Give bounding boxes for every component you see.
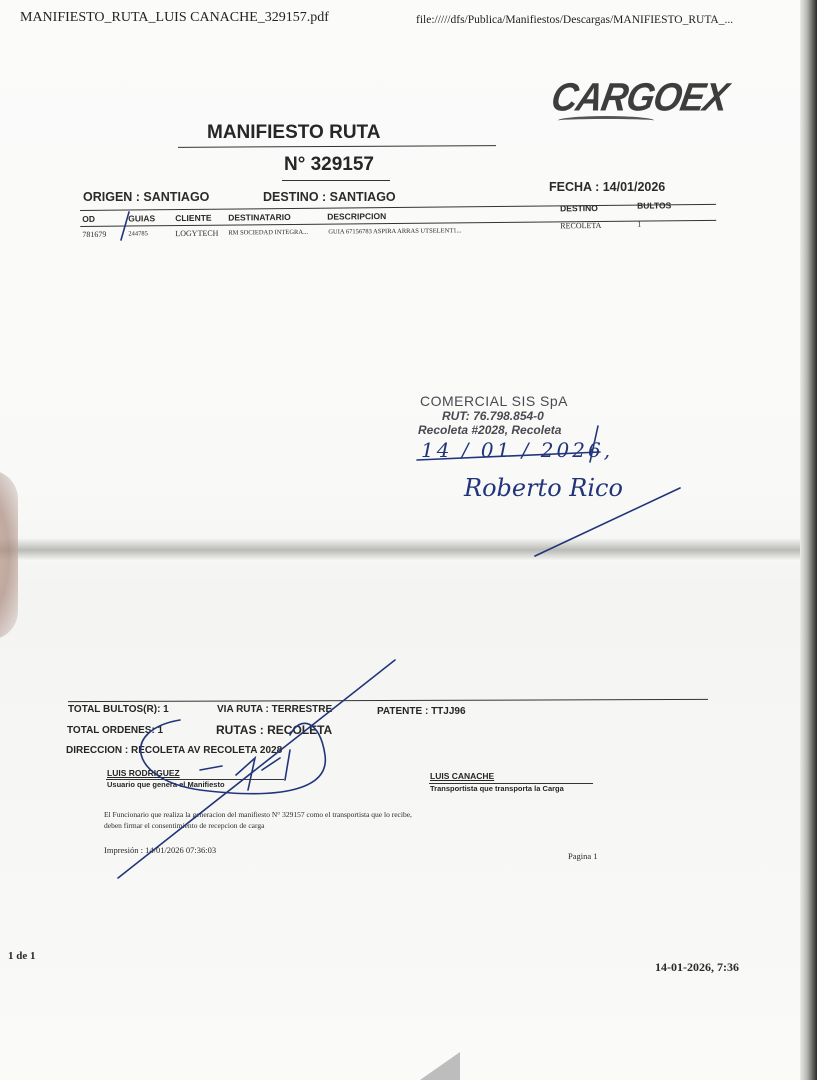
document-title: MANIFIESTO RUTA [207,122,380,144]
cell-destino: RECOLETA [560,221,601,230]
patente: PATENTE : TTJJ96 [377,706,466,717]
col-header-destinatario: DESTINATARIO [228,212,291,223]
paper-fold [0,538,800,560]
handwritten-date: 14 / 01 / 2026, [421,438,613,462]
legal-notice: El Funcionario que realiza la generacion… [104,809,412,831]
cell-od: 781679 [82,230,106,239]
cell-guias: 244785 [128,230,148,237]
print-footer-datetime: 14-01-2026, 7:36 [655,960,739,975]
cell-descripcion: GUIA 67156783 ASPIRA ARRAS UTSELENT1... [328,227,461,235]
print-header-file-name: MANIFIESTO_RUTA_LUIS CANACHE_329157.pdf [20,10,329,26]
col-header-bultos: BULTOS [637,200,671,210]
table-top-rule [80,204,716,211]
signer-right-role: Transportista que transporta la Carga [430,784,564,793]
stamp-address: Recoleta #2028, Recoleta [418,423,568,437]
cargoex-logo: CARGOEX [548,74,731,120]
holding-finger [0,470,18,640]
print-footer-page-count: 1 de 1 [8,950,36,962]
stamp-rut: RUT: 76.798.854-0 [442,409,568,423]
cell-destinatario: RM SOCIEDAD INTEGRA... [228,229,308,237]
manifest-number: N° 329157 [284,154,374,176]
page-label: Pagina 1 [568,851,598,861]
total-ordenes: TOTAL ORDENES: 1 [67,725,163,736]
col-header-descripcion: DESCRIPCION [327,211,386,222]
rutas: RUTAS : RECOLETA [216,723,332,737]
cell-bultos: 1 [637,220,641,229]
col-header-guias: GUIAS [128,213,155,223]
print-timestamp: Impresión : 14/01/2026 07:36:03 [104,845,216,855]
handwritten-signature: Roberto Rico [464,474,623,502]
number-underline [282,180,390,181]
via-ruta: VIA RUTA : TERRESTRE [217,704,332,715]
cell-cliente: LOGYTECH [175,229,218,238]
legal-line-1: El Funcionario que realiza la generacion… [104,809,412,820]
direccion: DIRECCION : RECOLETA AV RECOLETA 2028 [66,745,282,756]
col-header-destino: DESTINO [560,203,598,213]
page-corner-shadow [420,1052,460,1080]
logo-swoosh-icon [558,116,654,125]
paper-edge-shadow [800,0,817,1080]
total-bultos: TOTAL BULTOS(R): 1 [68,704,169,715]
manifest-table: OD GUIAS CLIENTE DESTINATARIO DESCRIPCIO… [80,194,720,244]
col-header-cliente: CLIENTE [175,213,211,223]
date-field: FECHA : 14/01/2026 [549,180,665,194]
col-header-od: OD [82,214,95,224]
print-header-file-url: file://///dfs/Publica/Manifiestos/Descar… [416,14,733,26]
signer-left-role: Usuario que genera el Manifiesto [107,780,225,789]
reception-stamp: COMERCIAL SIS SpA RUT: 76.798.854-0 Reco… [420,393,568,437]
legal-line-2: deben firmar el consentimiento de recepc… [104,820,412,831]
stamp-company: COMERCIAL SIS SpA [420,393,568,409]
signer-left-name: LUIS RODRIGUEZ [107,768,180,778]
signer-right-name: LUIS CANACHE [430,771,494,781]
